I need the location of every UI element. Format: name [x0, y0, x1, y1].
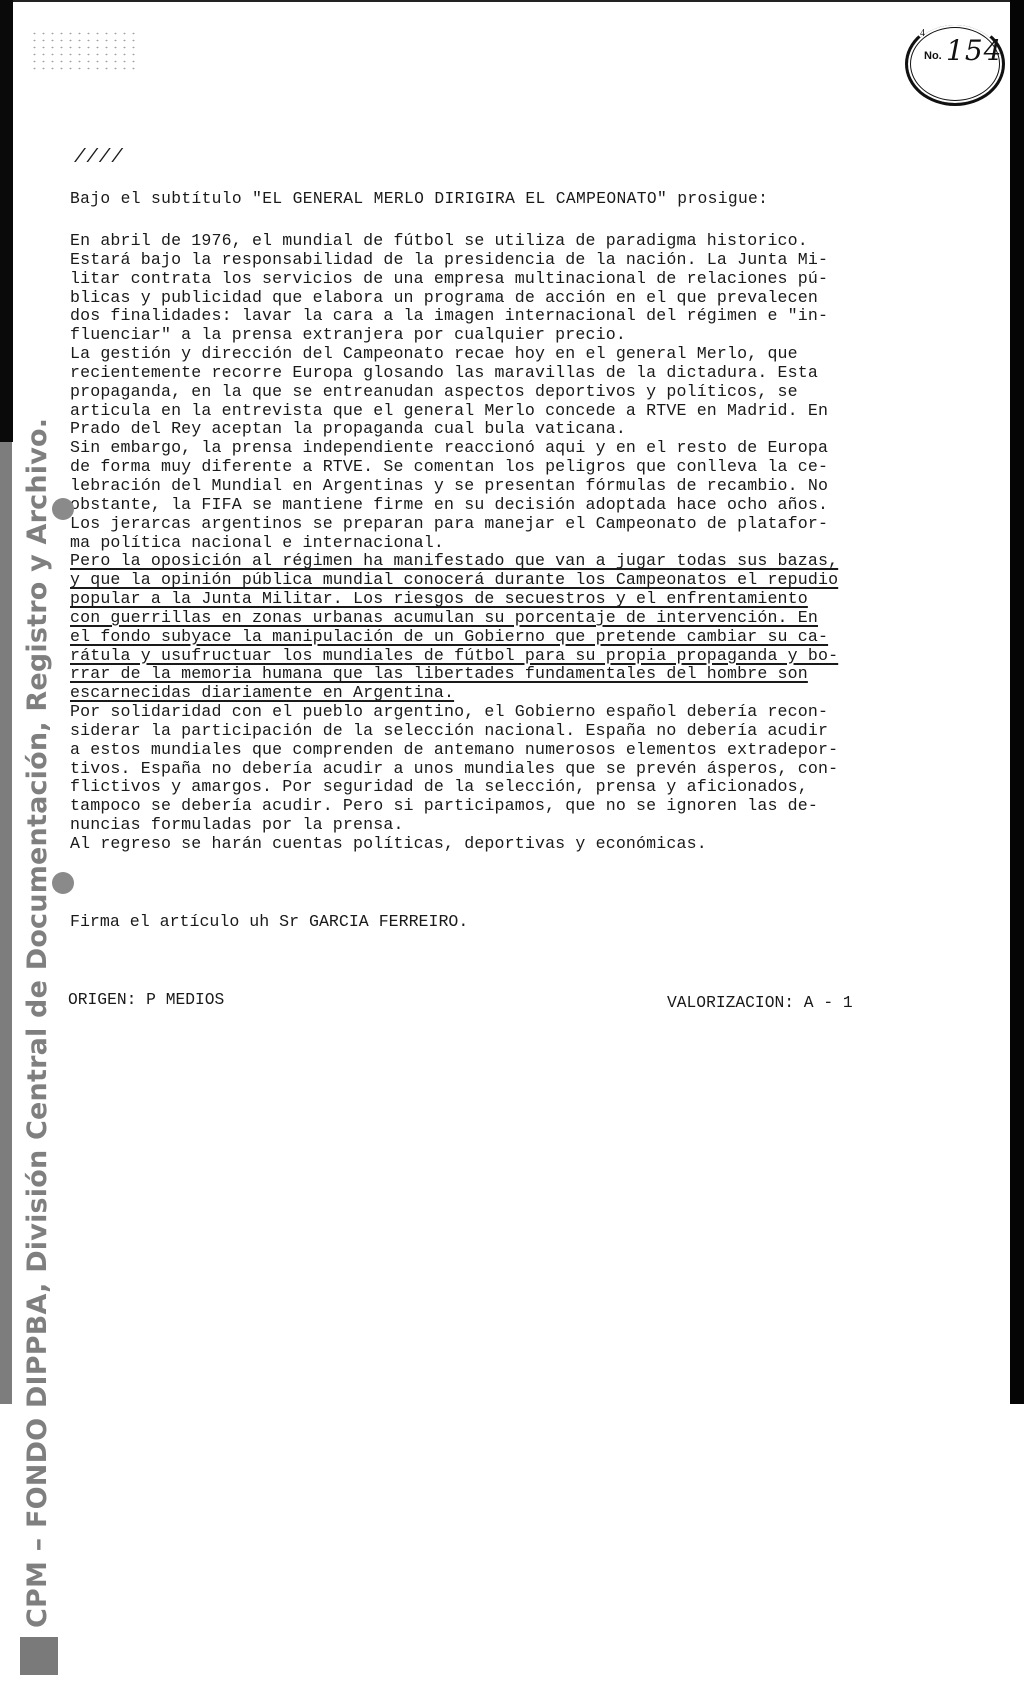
- stamp-mark: 4: [920, 28, 925, 39]
- text-line: Prado del Rey aceptan la propaganda cual…: [70, 420, 838, 439]
- text-line: fluenciar" a la prensa extranjera por cu…: [70, 326, 838, 345]
- text-line: La gestión y dirección del Campeonato re…: [70, 345, 838, 364]
- archive-watermark: CPM – FONDO DIPPBA, División Central de …: [22, 418, 54, 1628]
- subtitle-line: Bajo el subtítulo "EL GENERAL MERLO DIRI…: [70, 189, 768, 208]
- stamp-prefix: No.: [924, 50, 942, 62]
- text-line: Estará bajo la responsabilidad de la pre…: [70, 251, 838, 270]
- text-line: tampoco se debería acudir. Pero si parti…: [70, 797, 838, 816]
- text-line: articula en la entrevista que el general…: [70, 402, 838, 421]
- text-line: a estos mundiales que comprenden de ante…: [70, 741, 838, 760]
- scan-right-border: [1010, 0, 1024, 1404]
- underlined-text-line: rátula y usufructuar los mundiales de fú…: [70, 647, 838, 666]
- text-line: recientemente recorre Europa glosando la…: [70, 364, 838, 383]
- underlined-text-line: el fondo subyace la manipulación de un G…: [70, 628, 838, 647]
- origin-label: ORIGEN: P MEDIOS: [68, 990, 224, 1009]
- underlined-text-line: con guerrillas en zonas urbanas acumulan…: [70, 609, 838, 628]
- valuation-label: VALORIZACION: A - 1: [667, 993, 853, 1012]
- underlined-text-line: escarnecidas diariamente en Argentina.: [70, 684, 838, 703]
- stamp-number: 154: [946, 34, 1002, 67]
- text-line: litar contrata los servicios de una empr…: [70, 270, 838, 289]
- underlined-text-line: rrar de la memoria humana que las libert…: [70, 665, 838, 684]
- text-line: Sin embargo, la prensa independiente rea…: [70, 439, 838, 458]
- continuation-marker: ////: [74, 146, 124, 168]
- text-line: dos finalidades: lavar la cara a la imag…: [70, 307, 838, 326]
- text-line: En abril de 1976, el mundial de fútbol s…: [70, 232, 838, 251]
- document-body: En abril de 1976, el mundial de fútbol s…: [70, 232, 838, 854]
- watermark-strip: [0, 442, 12, 1404]
- text-line: tivos. España no debería acudir a unos m…: [70, 760, 838, 779]
- text-line: blicas y publicidad que elabora un progr…: [70, 289, 838, 308]
- hole-punch-icon: [52, 872, 74, 894]
- text-line: nuncias formuladas por la prensa.: [70, 816, 838, 835]
- text-line: propaganda, en la que se entreanudan asp…: [70, 383, 838, 402]
- text-line: flictivos y amargos. Por seguridad de la…: [70, 778, 838, 797]
- underlined-text-line: Pero la oposición al régimen ha manifest…: [70, 552, 838, 571]
- scan-noise: [30, 30, 140, 70]
- underlined-text-line: y que la opinión pública mundial conocer…: [70, 571, 838, 590]
- watermark-square-icon: [20, 1637, 58, 1675]
- hole-punch-icon: [52, 498, 74, 520]
- signature-line: Firma el artículo uh Sr GARCIA FERREIRO.: [70, 912, 468, 931]
- text-line: Los jerarcas argentinos se preparan para…: [70, 515, 838, 534]
- text-line: Al regreso se harán cuentas políticas, d…: [70, 835, 838, 854]
- scan-top-edge: [0, 0, 1024, 2]
- underlined-text-line: popular a la Junta Militar. Los riesgos …: [70, 590, 838, 609]
- text-line: siderar la participación de la selección…: [70, 722, 838, 741]
- text-line: obstante, la FIFA se mantiene firme en s…: [70, 496, 838, 515]
- text-line: ma política nacional e internacional.: [70, 534, 838, 553]
- text-line: lebración del Mundial en Argentinas y se…: [70, 477, 838, 496]
- scan-left-border: [0, 0, 13, 442]
- text-line: de forma muy diferente a RTVE. Se coment…: [70, 458, 838, 477]
- text-line: Por solidaridad con el pueblo argentino,…: [70, 703, 838, 722]
